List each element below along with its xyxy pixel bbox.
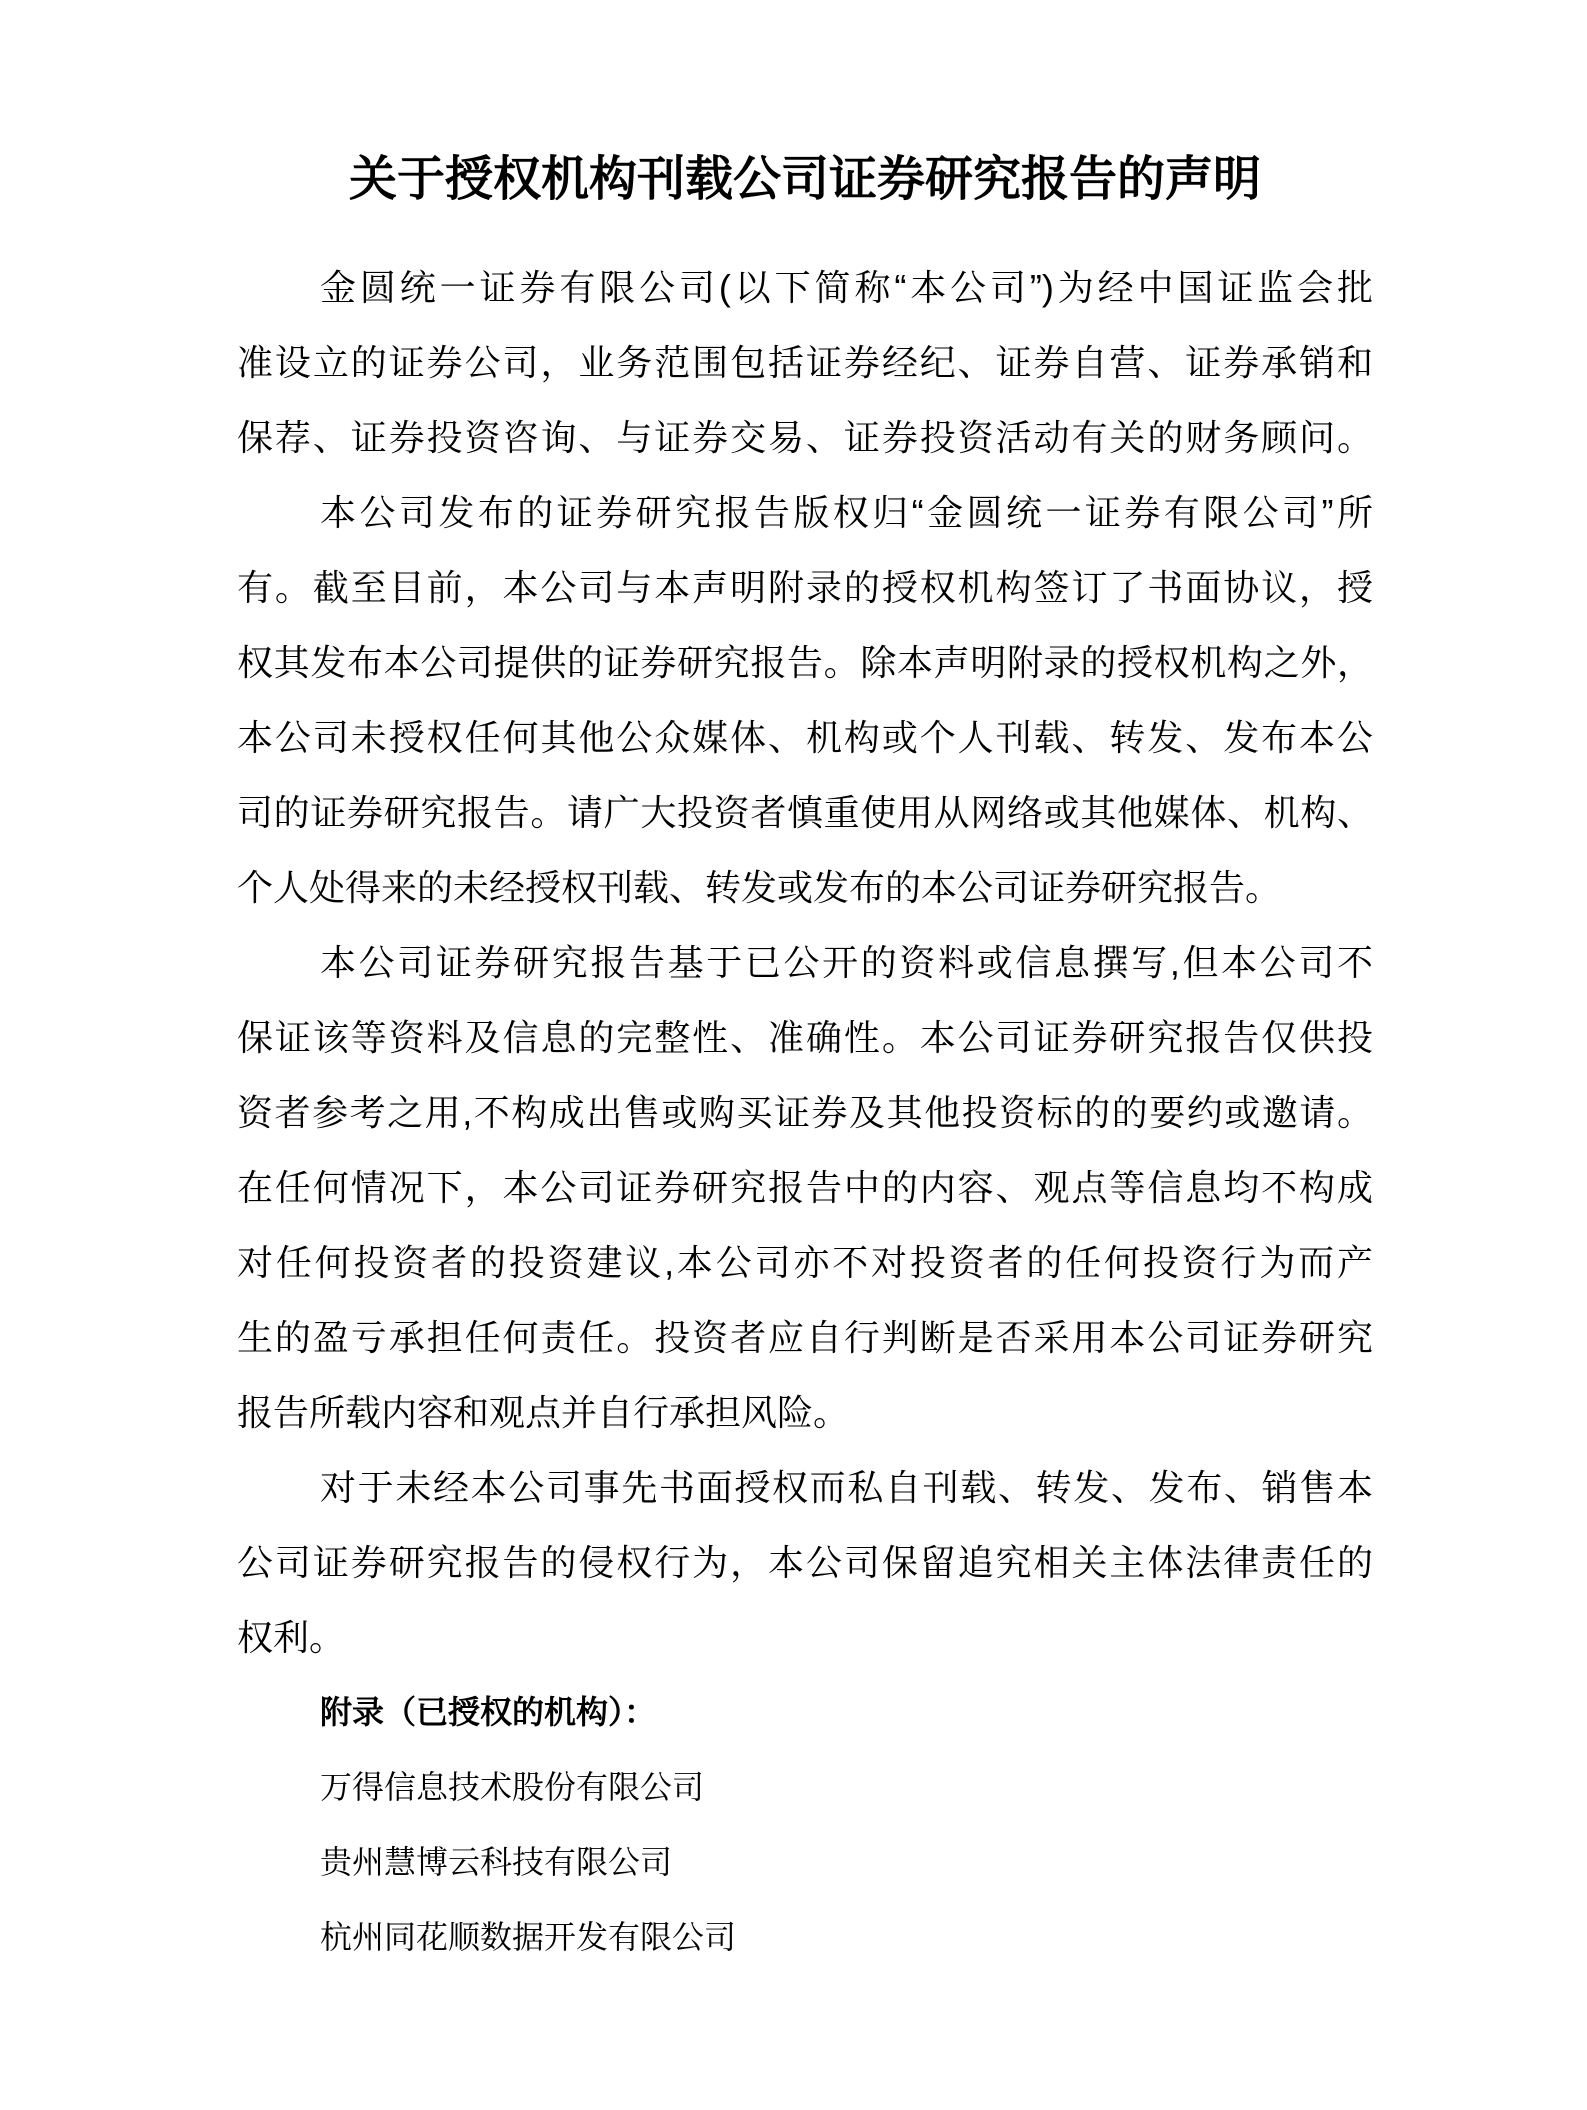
body-line: 权利。: [237, 1600, 1373, 1675]
document-title: 关于授权机构刊载公司证券研究报告的声明: [237, 142, 1373, 217]
document-body: 金圆统一证券有限公司(以下简称“本公司”)为经中国证监会批 准设立的证券公司，业…: [237, 250, 1373, 1675]
appendix-heading: 附录（已授权的机构）：: [320, 1675, 1373, 1750]
body-line: 准设立的证券公司，业务范围包括证券经纪、证券自营、证券承销和: [237, 325, 1373, 400]
authorized-institution: 贵州慧博云科技有限公司: [320, 1825, 1373, 1900]
body-line: 资者参考之用,不构成出售或购买证券及其他投资标的的要约或邀请。: [237, 1075, 1373, 1150]
body-line: 本公司发布的证券研究报告版权归“金圆统一证券有限公司”所: [237, 475, 1373, 550]
body-line: 在任何情况下，本公司证券研究报告中的内容、观点等信息均不构成: [237, 1150, 1373, 1225]
declaration-document: 关于授权机构刊载公司证券研究报告的声明 金圆统一证券有限公司(以下简称“本公司”…: [237, 142, 1373, 1975]
body-line: 对任何投资者的投资建议,本公司亦不对投资者的任何投资行为而产: [237, 1225, 1373, 1300]
body-line: 司的证券研究报告。请广大投资者慎重使用从网络或其他媒体、机构、: [237, 775, 1373, 850]
body-line: 保荐、证券投资咨询、与证券交易、证券投资活动有关的财务顾问。: [237, 400, 1373, 475]
appendix-section: 附录（已授权的机构）： 万得信息技术股份有限公司 贵州慧博云科技有限公司 杭州同…: [237, 1675, 1373, 1975]
authorized-institution: 万得信息技术股份有限公司: [320, 1750, 1373, 1825]
body-line: 对于未经本公司事先书面授权而私自刊载、转发、发布、销售本: [237, 1450, 1373, 1525]
document-page: { "page": { "background_color": "#ffffff…: [0, 0, 1587, 2110]
body-line: 生的盈亏承担任何责任。投资者应自行判断是否采用本公司证券研究: [237, 1300, 1373, 1375]
body-line: 本公司未授权任何其他公众媒体、机构或个人刊载、转发、发布本公: [237, 700, 1373, 775]
body-line: 保证该等资料及信息的完整性、准确性。本公司证券研究报告仅供投: [237, 1000, 1373, 1075]
body-line: 报告所载内容和观点并自行承担风险。: [237, 1375, 1373, 1450]
body-line: 金圆统一证券有限公司(以下简称“本公司”)为经中国证监会批: [237, 250, 1373, 325]
authorized-institution: 杭州同花顺数据开发有限公司: [320, 1900, 1373, 1975]
body-line: 本公司证券研究报告基于已公开的资料或信息撰写,但本公司不: [237, 925, 1373, 1000]
body-line: 个人处得来的未经授权刊载、转发或发布的本公司证券研究报告。: [237, 850, 1373, 925]
body-line: 权其发布本公司提供的证券研究报告。除本声明附录的授权机构之外，: [237, 625, 1373, 700]
body-line: 公司证券研究报告的侵权行为，本公司保留追究相关主体法律责任的: [237, 1525, 1373, 1600]
body-line: 有。截至目前，本公司与本声明附录的授权机构签订了书面协议，授: [237, 550, 1373, 625]
